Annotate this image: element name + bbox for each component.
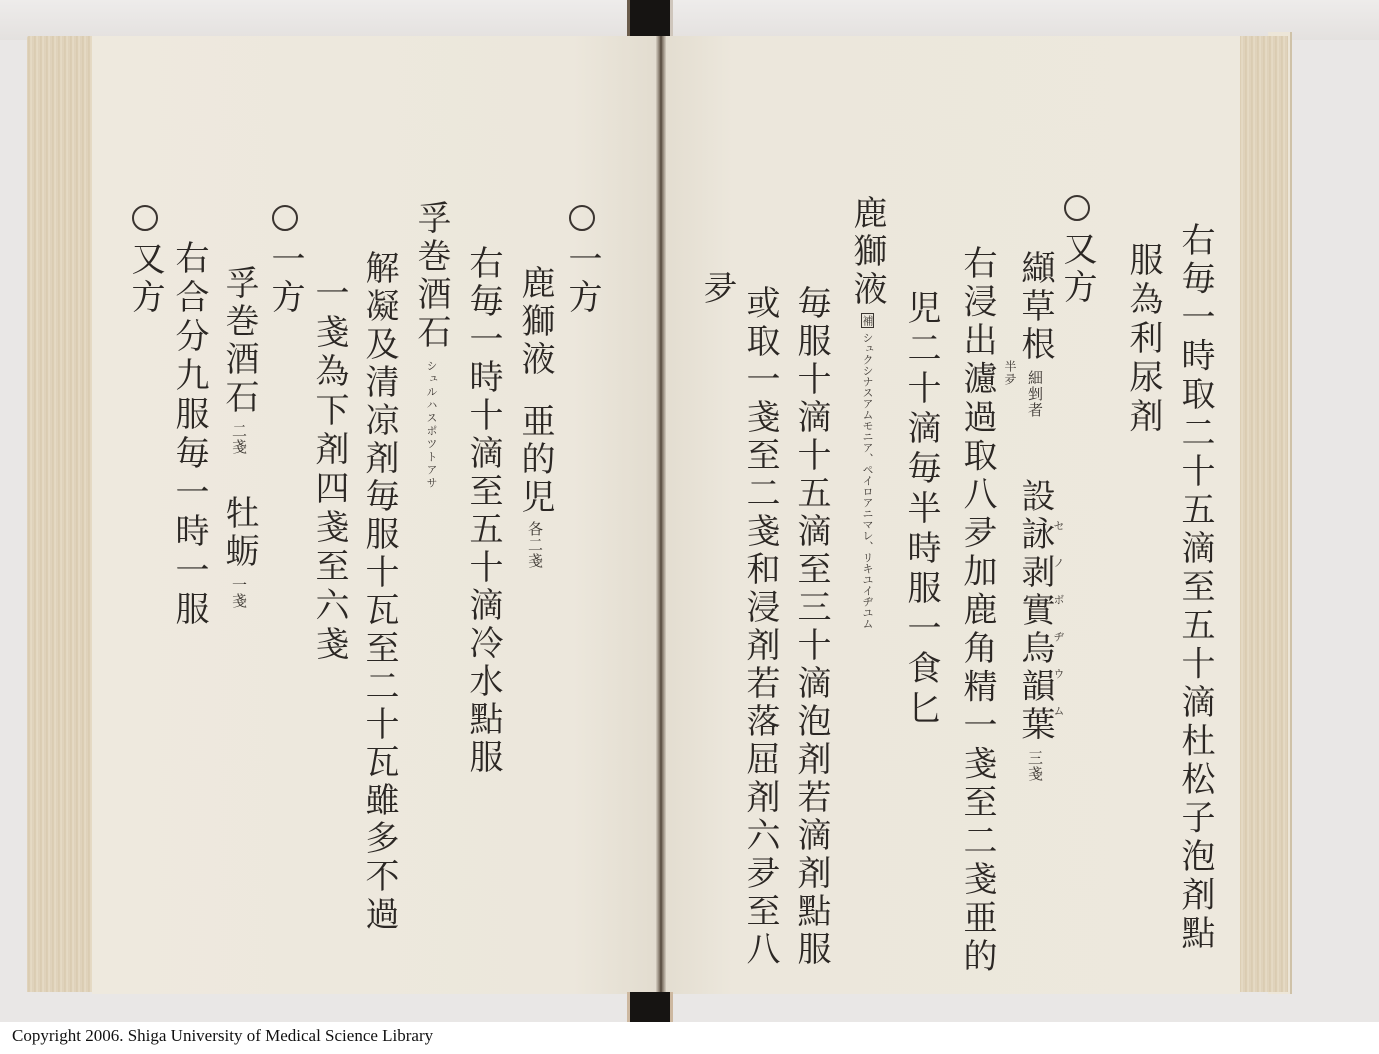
ingredient-name: 鹿獅液 [847, 195, 887, 309]
right-col-5: 右浸出濾過取八夛加鹿角精一戔至二戔亜的 [960, 245, 994, 977]
left-col-7: 一方 [268, 205, 302, 317]
ingredient-name: 鹿獅液 [515, 265, 555, 379]
katakana-gloss: シュクシナスアムモニア、ペイロアニマレ、リキユイヂユム [862, 332, 873, 629]
circle-icon [1064, 195, 1090, 221]
left-col-5: 解凝及清凉剤毎服十瓦至二十瓦雖多不過 [362, 250, 396, 934]
supplement-tag: 補 [861, 313, 874, 328]
circle-icon [569, 205, 595, 231]
section-marker-text: 一方 [265, 241, 305, 317]
right-col-3: 又方 [1060, 195, 1094, 307]
left-col-1: 一方 [565, 205, 599, 317]
ingredient-dose: 三戔 [1027, 750, 1042, 782]
ingredient-name: 孚巻酒石 [411, 200, 451, 352]
left-col-8: 孚巻酒石二戔牡蛎一戔 [222, 265, 256, 609]
right-col-4-subnote: 半夛 [1004, 360, 1016, 386]
ingredient-name: 纈草根 [1015, 250, 1055, 364]
photo-backdrop-top [0, 0, 1379, 40]
right-col-6: 児二十滴毎半時服一食匕 [904, 290, 938, 730]
ingredient-name-2: 設詠剥實烏韻葉 [1015, 478, 1055, 744]
copyright-notice: Copyright 2006. Shiga University of Medi… [12, 1026, 433, 1046]
ingredient-dose-2: 一戔 [231, 577, 246, 609]
right-col-9: 或取一戔至二戔和浸剤若落屈剤六夛至八 [743, 285, 777, 969]
section-marker-text: 又方 [125, 241, 165, 317]
right-page-edges [1232, 36, 1288, 992]
right-col-2: 服為利尿剤 [1126, 242, 1160, 437]
left-col-6: 一戔為下剤四戔至六戔 [312, 275, 346, 665]
ingredient-name-2: 牡蛎 [219, 495, 259, 571]
section-marker-text: 又方 [1057, 231, 1097, 307]
right-col-4: 纈草根細剉者設詠剥實烏韻葉三戔 [1018, 250, 1052, 782]
katakana-gloss: シュルハスポツトアサ [426, 360, 437, 490]
right-col-7: 鹿獅液補シュクシナスアムモニア、ペイロアニマレ、リキユイヂユム [850, 195, 884, 629]
circle-icon [132, 205, 158, 231]
left-page-edges [27, 36, 97, 992]
book-gutter [656, 36, 666, 994]
circle-icon [272, 205, 298, 231]
section-marker-text: 一方 [562, 241, 602, 317]
left-col-4: 孚巻酒石シュルハスポツトアサ [414, 200, 448, 490]
ingredient-dose: 二戔 [231, 423, 246, 455]
ingredient-note: 細剉者 [1027, 370, 1042, 418]
book-spine-top [627, 0, 673, 40]
ingredient-dose: 各二戔 [527, 521, 542, 569]
ingredient-name-2: 亜的児 [515, 403, 555, 517]
left-col-9: 右合分九服毎一時一服 [172, 240, 206, 630]
right-col-10: 夛 [700, 270, 734, 308]
left-col-3: 右毎一時十滴至五十滴冷水點服 [466, 245, 500, 777]
ingredient-name: 孚巻酒石 [219, 265, 259, 417]
furigana-gloss: セノボヂウム [1050, 520, 1066, 742]
left-col-10: 又方 [128, 205, 162, 317]
right-col-1: 右毎一時取二十五滴至五十滴杜松子泡剤點 [1178, 222, 1212, 954]
left-col-2: 鹿獅液亜的児各二戔 [518, 265, 552, 569]
right-col-8: 毎服十滴十五滴至三十滴泡剤若滴剤點服 [794, 285, 828, 969]
book-spine-bottom [627, 992, 673, 1022]
